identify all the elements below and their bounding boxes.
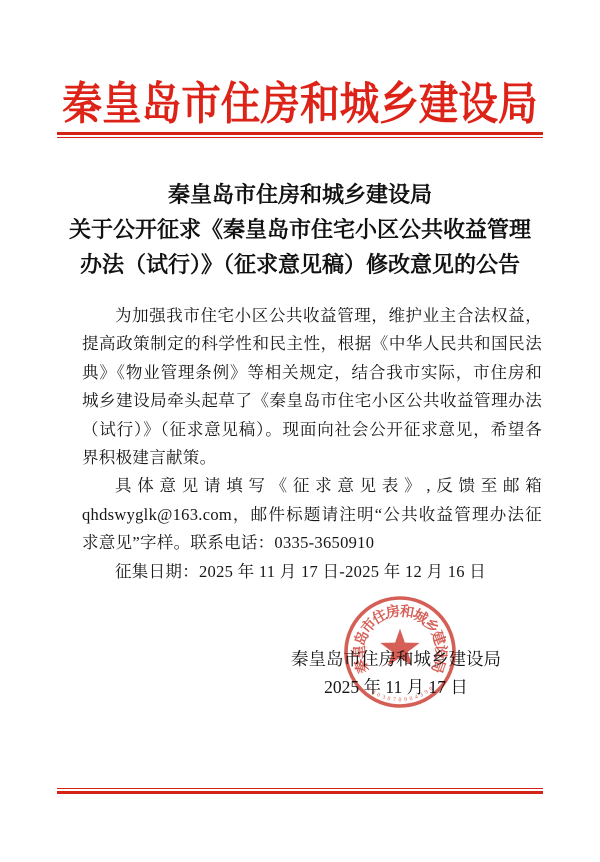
signature-block: 秦皇岛市住房和城乡建设局 2025 年 11 月 17 日 bbox=[246, 645, 546, 701]
letterhead-text: 秦皇岛市住房和城乡建设局 bbox=[62, 74, 537, 134]
body-paragraph-feedback: 具体意见请填写《征求意见表》,反馈至邮箱qhdswyglk@163.com，邮件… bbox=[82, 472, 542, 557]
document-body: 为加强我市住宅小区公共收益管理，维护业主合法权益，提高政策制定的科学性和民主性，… bbox=[82, 302, 542, 586]
signature-agency: 秦皇岛市住房和城乡建设局 bbox=[246, 645, 546, 673]
letterhead-agency-name: 秦皇岛市住房和城乡建设局 bbox=[0, 74, 600, 134]
document-title-line3: 办法（试行）》（征求意见稿）修改意见的公告 bbox=[0, 247, 600, 282]
svg-text:城: 城 bbox=[410, 605, 432, 628]
rule-thick-line bbox=[57, 791, 543, 794]
document-title-line1: 秦皇岛市住房和城乡建设局 bbox=[0, 177, 600, 212]
svg-text:市: 市 bbox=[357, 614, 380, 637]
letterhead-double-rule bbox=[57, 132, 543, 138]
rule-thin-line bbox=[57, 137, 543, 138]
body-paragraph-intro: 为加强我市住宅小区公共收益管理，维护业主合法权益，提高政策制定的科学性和民主性，… bbox=[82, 302, 542, 472]
document-title: 秦皇岛市住房和城乡建设局 关于公开征求《秦皇岛市住宅小区公共收益管理 办法（试行… bbox=[0, 177, 600, 282]
svg-text:住: 住 bbox=[369, 605, 391, 628]
svg-text:房: 房 bbox=[383, 602, 401, 622]
document-title-line2: 关于公开征求《秦皇岛市住宅小区公共收益管理 bbox=[0, 212, 600, 247]
svg-text:和: 和 bbox=[398, 602, 415, 622]
signature-date: 2025 年 11 月 17 日 bbox=[246, 673, 546, 701]
body-paragraph-collection-dates: 征集日期：2025 年 11 月 17 日-2025 年 12 月 16 日 bbox=[82, 558, 542, 586]
svg-text:乡: 乡 bbox=[420, 614, 443, 637]
footer-double-rule bbox=[57, 788, 543, 794]
document-page: 秦皇岛市住房和城乡建设局 秦皇岛市住房和城乡建设局 关于公开征求《秦皇岛市住宅小… bbox=[0, 0, 600, 862]
